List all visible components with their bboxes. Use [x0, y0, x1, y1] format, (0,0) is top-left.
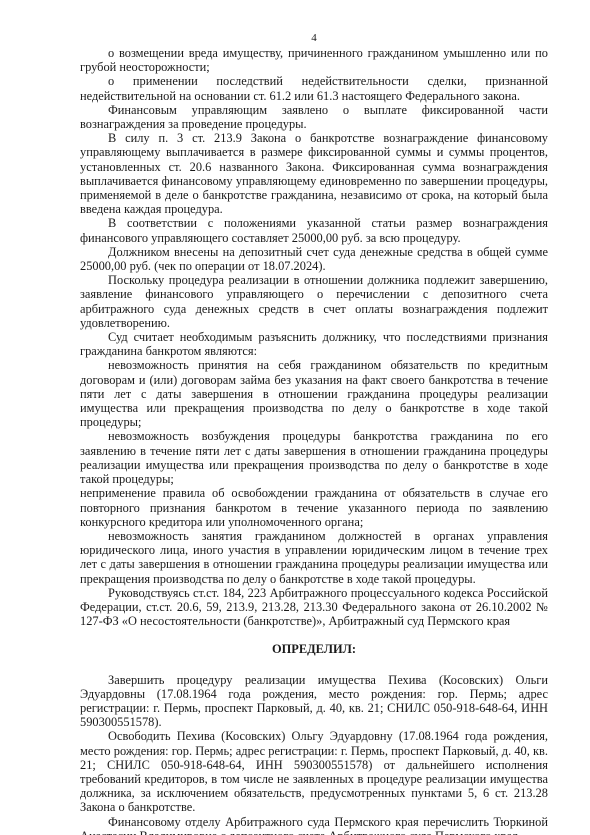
paragraph: Поскольку процедура реализации в отношен…: [80, 273, 548, 330]
page-number: 4: [80, 30, 548, 46]
paragraph: В соответствии с положениями указанной с…: [80, 216, 548, 244]
paragraph: В силу п. 3 ст. 213.9 Закона о банкротст…: [80, 131, 548, 216]
paragraph: невозможность возбуждения процедуры банк…: [80, 429, 548, 486]
paragraph: Финансовому отделу Арбитражного суда Пер…: [80, 815, 548, 835]
paragraph: невозможность занятия гражданином должно…: [80, 529, 548, 586]
paragraph: Суд считает необходимым разъяснить должн…: [80, 330, 548, 358]
document-page: 4 о возмещении вреда имуществу, причинен…: [80, 30, 548, 835]
paragraph: о возмещении вреда имуществу, причиненно…: [80, 46, 548, 74]
paragraph: Завершить процедуру реализации имущества…: [80, 673, 548, 730]
paragraph: о применении последствий недействительно…: [80, 74, 548, 102]
paragraph: Финансовым управляющим заявлено о выплат…: [80, 103, 548, 131]
paragraph: неприменение правила об освобождении гра…: [80, 486, 548, 529]
paragraph: Освободить Пехива (Косовских) Ольгу Эдуа…: [80, 729, 548, 814]
paragraph: Должником внесены на депозитный счет суд…: [80, 245, 548, 273]
paragraph: Руководствуясь ст.ст. 184, 223 Арбитражн…: [80, 586, 548, 629]
ruling-heading: ОПРЕДЕЛИЛ:: [80, 642, 548, 656]
paragraph: невозможность принятия на себя гражданин…: [80, 358, 548, 429]
